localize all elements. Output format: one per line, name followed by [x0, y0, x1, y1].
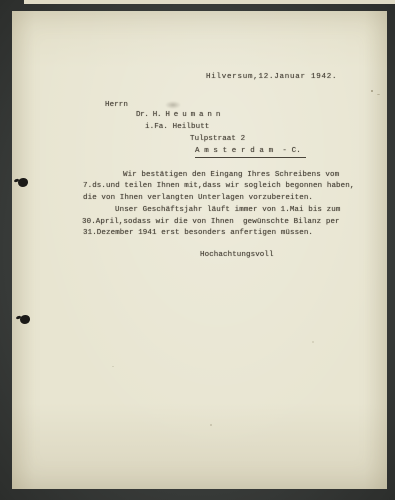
punch-hole-top [18, 178, 28, 187]
body-line: die von Ihnen verlangten Unterlagen vorz… [83, 194, 313, 203]
body-line: Wir bestätigen den Eingang Ihres Schreib… [123, 171, 339, 180]
paper-speck [377, 94, 380, 95]
punch-hole-tail [16, 315, 22, 320]
recipient-company: i.Fa. Heilbutt [145, 123, 209, 132]
date-line: Hilversum,12.Januar 1942. [206, 73, 337, 82]
body-line: 30.April,sodass wir die von Ihnen gewüns… [82, 218, 340, 227]
paper-speck [210, 424, 212, 426]
punch-hole-bottom [20, 315, 30, 324]
scan-background: Hilversum,12.Januar 1942. Herrn Dr. H. H… [0, 0, 395, 500]
adjacent-page-edge [24, 0, 395, 4]
body-line: 7.ds.und teilen Ihnen mit,dass wir sogle… [83, 182, 354, 191]
recipient-city: A m s t e r d a m - C. [195, 147, 306, 158]
punch-hole-tail [14, 178, 20, 183]
recipient-salutation: Herrn [105, 101, 128, 110]
recipient-name: Dr. H. H e u m a n n [136, 111, 220, 120]
paper-speck [371, 90, 373, 92]
letter-paper: Hilversum,12.Januar 1942. Herrn Dr. H. H… [12, 11, 387, 489]
paper-speck [312, 341, 314, 343]
body-line: Unser Geschäftsjahr läuft immer von 1.Ma… [115, 206, 340, 215]
recipient-street: Tulpstraat 2 [190, 135, 245, 144]
body-line: 31.Dezember 1941 erst besonders anfertig… [83, 229, 313, 238]
ink-smudge [165, 101, 181, 109]
paper-speck [112, 366, 114, 367]
closing-line: Hochachtungsvoll [200, 251, 274, 260]
